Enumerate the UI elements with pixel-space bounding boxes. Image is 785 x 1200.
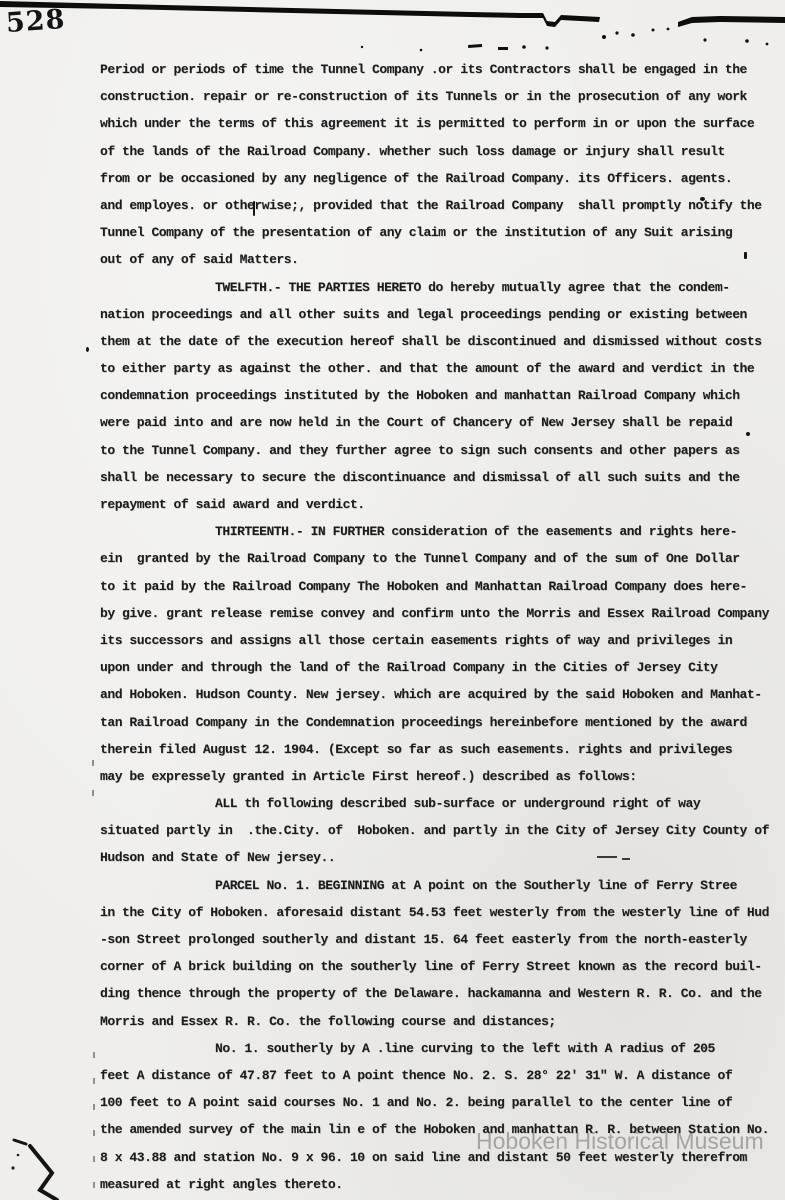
ink-speck [700, 197, 705, 201]
document-line-twelfth: TWELFTH.- THE PARTIES HERETO do hereby m… [100, 274, 772, 301]
scan-artifact-top-edge [0, 0, 785, 60]
margin-tick [92, 760, 94, 766]
ink-speck [746, 432, 750, 436]
document-line: from or be occasioned by any negligence … [100, 165, 772, 192]
document-line: its successors and assigns all those cer… [100, 627, 772, 654]
document-line: repayment of said award and verdict. [100, 491, 772, 518]
document-line: in the City of Hoboken. aforesaid distan… [100, 899, 772, 926]
scanned-document-page: 528 Period or periods of time the Tunnel… [0, 0, 785, 1200]
document-line: them at the date of the execution hereof… [100, 328, 772, 355]
document-line: feet A distance of 47.87 feet to A point… [100, 1062, 772, 1089]
document-line-parcel-1: PARCEL No. 1. BEGINNING at A point on th… [100, 872, 772, 899]
document-line: -son Street prolonged southerly and dist… [100, 926, 772, 953]
document-line-all-clause: ALL th following described sub-surface o… [100, 790, 772, 817]
document-line: may be expressely granted in Article Fir… [100, 763, 772, 790]
document-line: to either party as against the other. an… [100, 355, 772, 382]
margin-tick [93, 1182, 95, 1188]
margin-tick [93, 1052, 95, 1058]
document-line-course-1: No. 1. southerly by A .line curving to t… [100, 1035, 772, 1062]
document-line: Tunnel Company of the presentation of an… [100, 219, 772, 246]
document-line: condemnation proceedings instituted by t… [100, 382, 772, 409]
document-line: nation proceedings and all other suits a… [100, 301, 772, 328]
watermark: Hoboken Historical Museum [476, 1128, 764, 1155]
document-line-thirteenth: THIRTEENTH.- IN FURTHER consideration of… [100, 518, 772, 545]
document-line: ein granted by the Railroad Company to t… [100, 545, 772, 572]
ink-speck [86, 347, 89, 352]
document-line: tan Railroad Company in the Condemnation… [100, 709, 772, 736]
document-line: ding thence through the property of the … [100, 980, 772, 1007]
document-line: Period or periods of time the Tunnel Com… [100, 56, 772, 83]
document-line: were paid into and are now held in the C… [100, 409, 772, 436]
document-line: to the Tunnel Company. and they further … [100, 437, 772, 464]
document-line: corner of A brick building on the southe… [100, 953, 772, 980]
ink-speck [744, 252, 747, 259]
margin-tick [93, 1078, 95, 1084]
document-line: Hudson and State of New jersey.. [100, 844, 772, 871]
ink-speck [253, 201, 255, 216]
document-line: Morris and Essex R. R. Co. the following… [100, 1008, 772, 1035]
margin-tick [92, 790, 94, 796]
document-line: 100 feet to A point said courses No. 1 a… [100, 1089, 772, 1116]
document-line: to it paid by the Railroad Company The H… [100, 573, 772, 600]
document-line: out of any of said Matters. [100, 246, 772, 273]
ink-dash [622, 858, 630, 860]
margin-tick [93, 1130, 95, 1136]
document-line: measured at right angles thereto. [100, 1171, 772, 1198]
margin-tick [93, 1104, 95, 1110]
margin-tick [93, 1156, 95, 1162]
document-line: construction. repair or re-construction … [100, 83, 772, 110]
document-line: upon under and through the land of the R… [100, 654, 772, 681]
document-line: therein filed August 12. 1904. (Except s… [100, 736, 772, 763]
ink-dash [597, 856, 617, 858]
document-line: and employes. or otherwise;, provided th… [100, 192, 772, 219]
document-line: shall be necessary to secure the discont… [100, 464, 772, 491]
document-line: and Hoboken. Hudson County. New jersey. … [100, 681, 772, 708]
scan-artifact-zigzag [10, 1128, 80, 1200]
document-line: which under the terms of this agreement … [100, 110, 772, 137]
document-text-block: Period or periods of time the Tunnel Com… [100, 56, 772, 1198]
document-line: by give. grant release remise convey and… [100, 600, 772, 627]
document-line: situated partly in .the.City. of Hoboken… [100, 817, 772, 844]
page-number: 528 [5, 4, 66, 39]
document-line: of the lands of the Railroad Company. wh… [100, 138, 772, 165]
